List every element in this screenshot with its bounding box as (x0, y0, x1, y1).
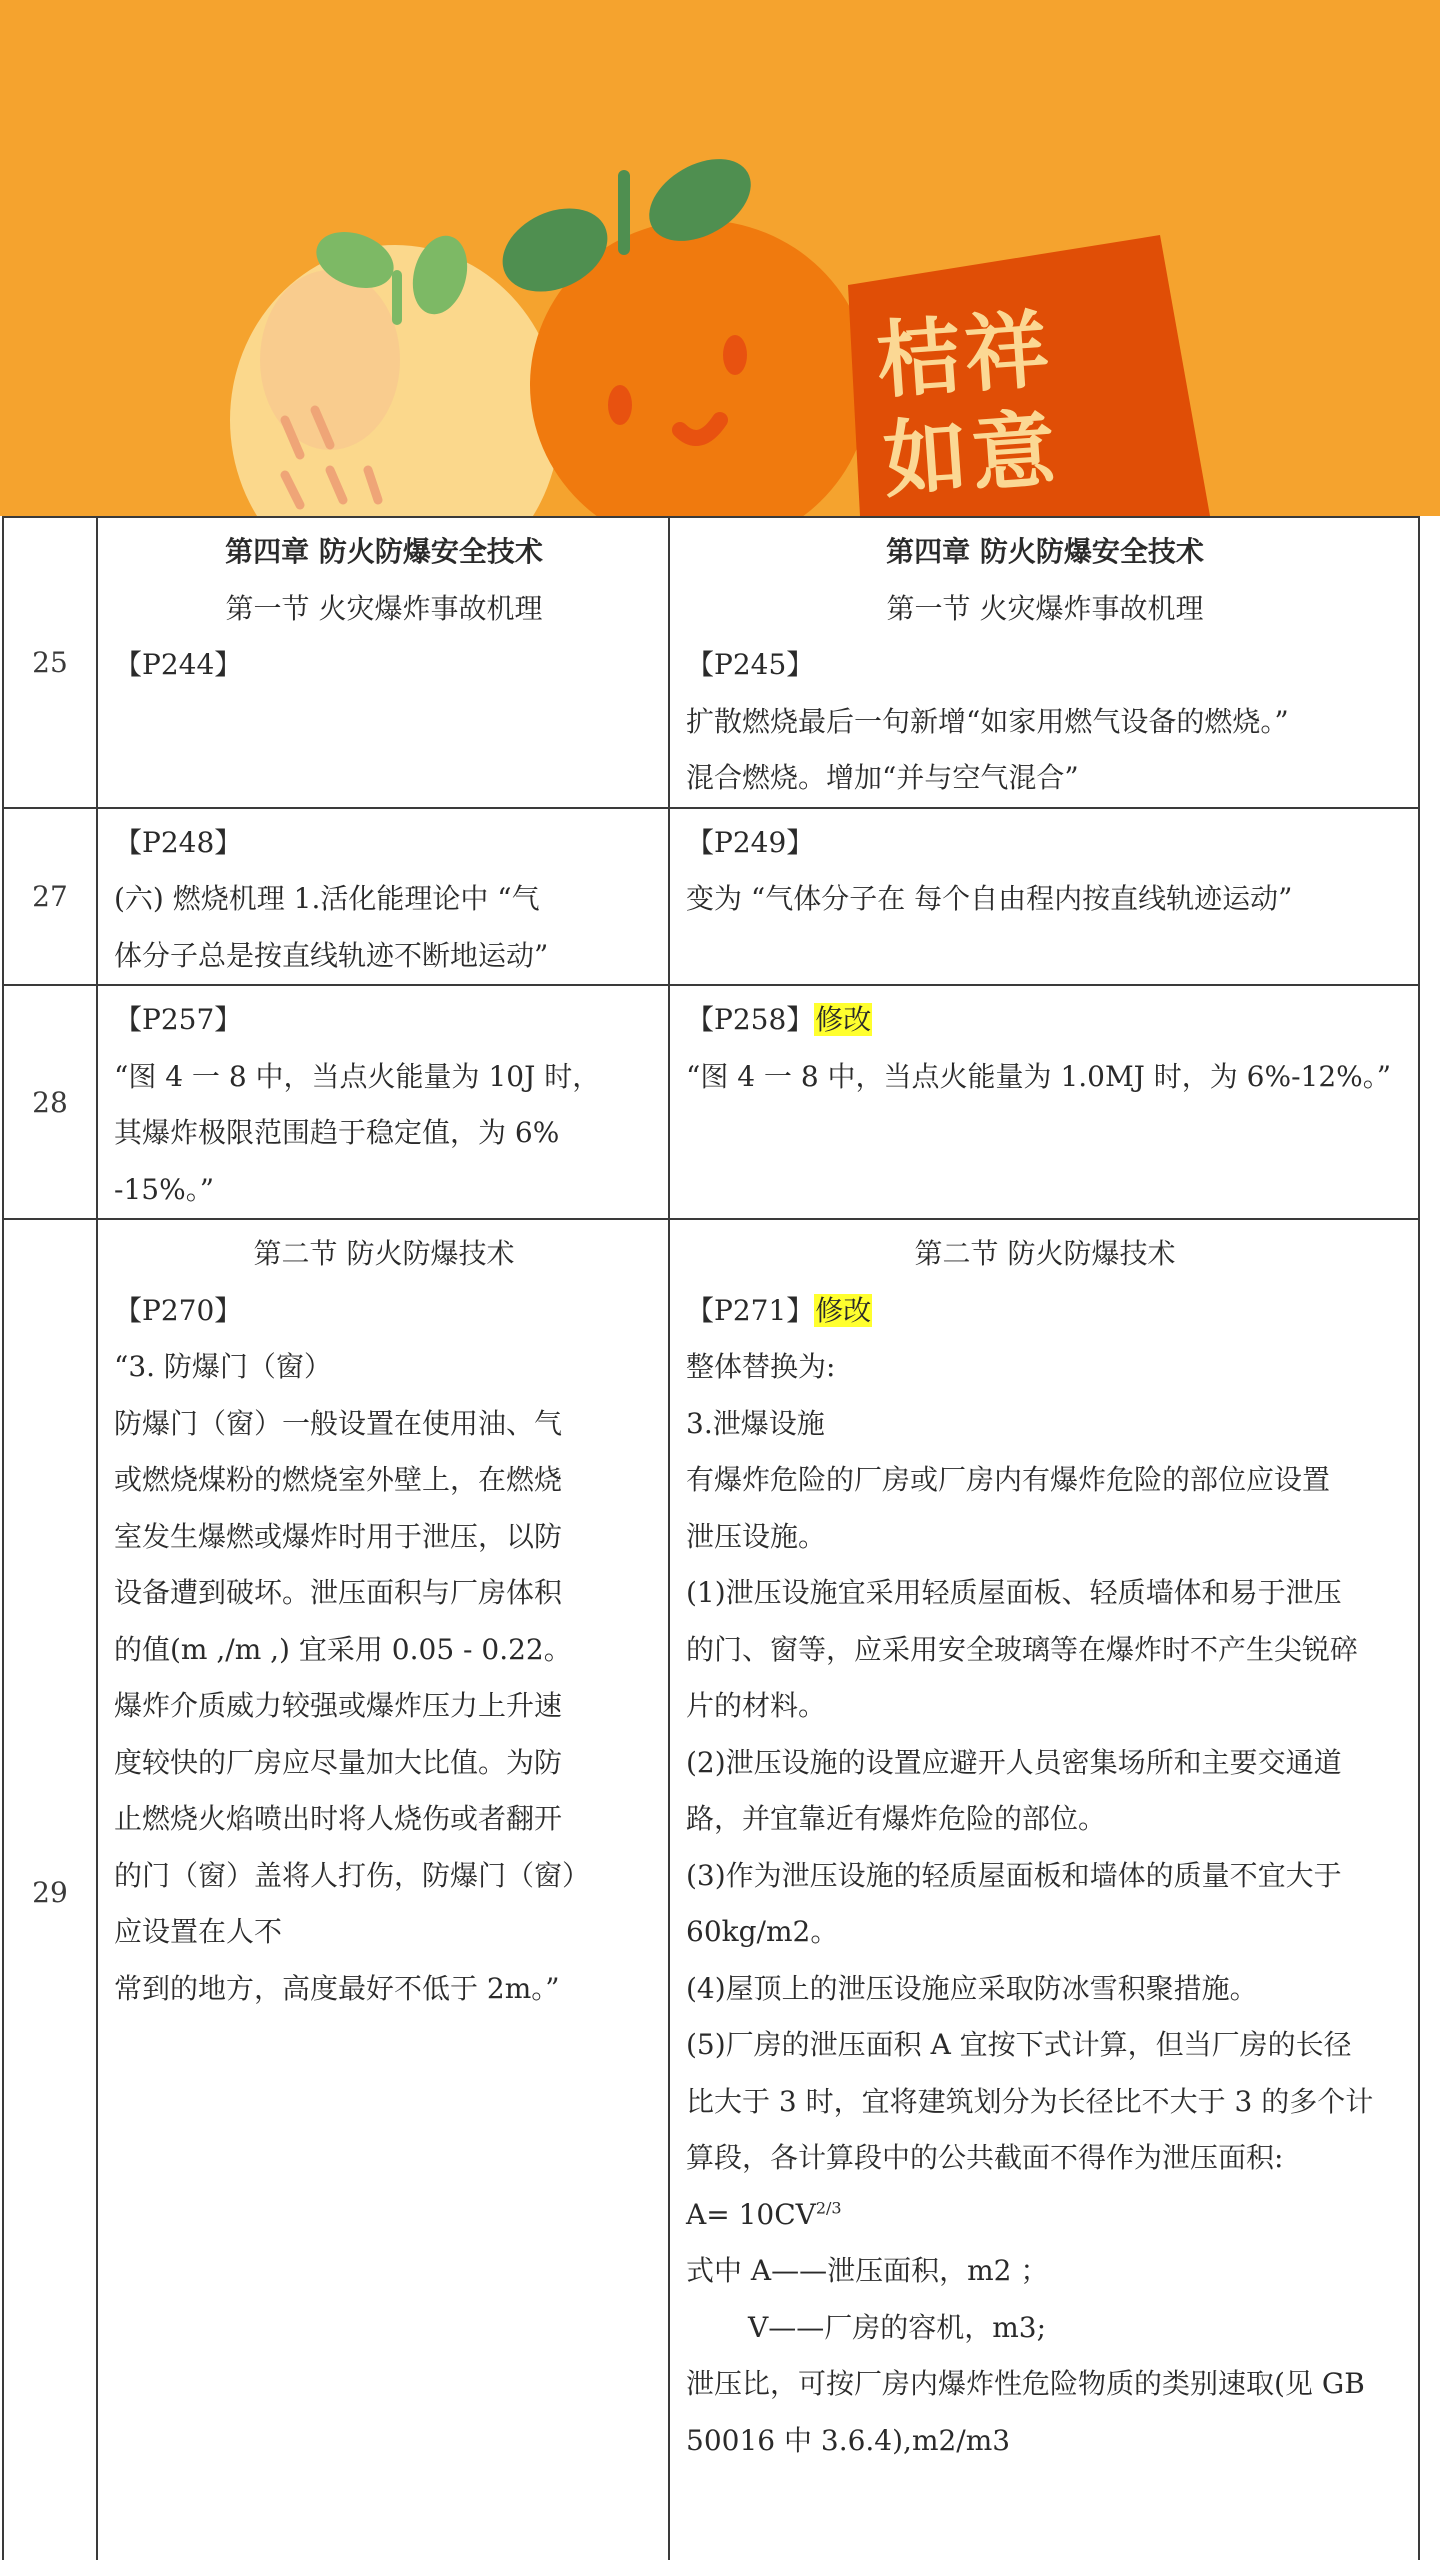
page-reference-line: 【P271】修改 (686, 1283, 1404, 1340)
section-title: 第二节 防火防爆技术 (114, 1226, 654, 1283)
text-line: 算段，各计算段中的公共截面不得作为泄压面积: (686, 2130, 1404, 2187)
text-line: 应设置在人不 (114, 1904, 654, 1961)
formula-line: A= 10CV2/3 (686, 2187, 1404, 2244)
comparison-table: 25 第四章 防火防爆安全技术 第一节 火灾爆炸事故机理 【P244】 第四章 … (2, 516, 1420, 2560)
text-line: 路，并宜靠近有爆炸危险的部位。 (686, 1791, 1404, 1848)
text-line: 常到的地方，高度最好不低于 2m。” (114, 1961, 654, 2018)
page-reference: 【P271】 (686, 1294, 814, 1327)
row-number: 28 (3, 985, 97, 1219)
text-line: V——厂房的容机，m3; (686, 2300, 1404, 2357)
text-line: 的门（窗）盖将人打伤，防爆门（窗） (114, 1848, 654, 1905)
text-line: 防爆门（窗）一般设置在使用油、气 (114, 1396, 654, 1453)
new-content-cell: 第二节 防火防爆技术 【P271】修改 整体替换为: 3.泄爆设施 有爆炸危险的… (669, 1219, 1419, 2560)
text-line: 设备遭到破坏。泄压面积与厂房体积 (114, 1565, 654, 1622)
text-line: (1)泄压设施宜采用轻质屋面板、轻质墙体和易于泄压 (686, 1565, 1404, 1622)
old-content-cell: 第二节 防火防爆技术 【P270】 “3. 防爆门（窗） 防爆门（窗）一般设置在… (97, 1219, 669, 2560)
text-line: 的门、窗等，应采用安全玻璃等在爆炸时不产生尖锐碎 (686, 1622, 1404, 1679)
text-line: 有爆炸危险的厂房或厂房内有爆炸危险的部位应设置 (686, 1452, 1404, 1509)
text-line: 扩散燃烧最后一句新增“如家用燃气设备的燃烧。” (686, 694, 1404, 751)
text-line: (2)泄压设施的设置应避开人员密集场所和主要交通道 (686, 1735, 1404, 1792)
page-reference: 【P248】 (114, 815, 654, 872)
formula-exponent: 2/3 (816, 2198, 842, 2217)
text-line: 室发生爆燃或爆炸时用于泄压，以防 (114, 1509, 654, 1566)
page-reference: 【P244】 (114, 637, 654, 694)
table-row: 29 第二节 防火防爆技术 【P270】 “3. 防爆门（窗） 防爆门（窗）一般… (3, 1219, 1419, 2560)
page-reference: 【P257】 (114, 992, 654, 1049)
text-line: “图 4 一 8 中，当点火能量为 10J 时， (114, 1049, 654, 1106)
table-row: 27 【P248】 (六) 燃烧机理 1.活化能理论中 “气 体分子总是按直线轨… (3, 808, 1419, 986)
new-content-cell: 第四章 防火防爆安全技术 第一节 火灾爆炸事故机理 【P245】 扩散燃烧最后一… (669, 517, 1419, 808)
text-line: (3)作为泄压设施的轻质屋面板和墙体的质量不宜大于 (686, 1848, 1404, 1905)
banner-card-text: 桔祥 如意 (873, 289, 1206, 511)
old-content-cell: 第四章 防火防爆安全技术 第一节 火灾爆炸事故机理 【P244】 (97, 517, 669, 808)
text-line: 的值(m ,/m ,) 宜采用 0.05 - 0.22。 (114, 1622, 654, 1679)
text-line: 50016 中 3.6.4),m2/m3 (686, 2413, 1404, 2470)
text-line: 体分子总是按直线轨迹不断地运动” (114, 928, 654, 985)
page-reference: 【P249】 (686, 815, 1404, 872)
row-number: 29 (3, 1219, 97, 2560)
page-reference: 【P245】 (686, 637, 1404, 694)
section-title: 第一节 火灾爆炸事故机理 (114, 581, 654, 638)
text-line: 式中 A——泄压面积，m2 ； (686, 2243, 1404, 2300)
text-line: (5)厂房的泄压面积 A 宜按下式计算，但当厂房的长径 (686, 2017, 1404, 2074)
formula: A= 10CV (686, 2198, 816, 2231)
chapter-title: 第四章 防火防爆安全技术 (686, 524, 1404, 581)
text-line: 整体替换为: (686, 1339, 1404, 1396)
text-line: 爆炸介质威力较强或爆炸压力上升速 (114, 1678, 654, 1735)
chapter-title: 第四章 防火防爆安全技术 (114, 524, 654, 581)
row-number: 27 (3, 808, 97, 986)
page-reference: 【P270】 (114, 1283, 654, 1340)
text-line: 其爆炸极限范围趋于稳定值，为 6% (114, 1105, 654, 1162)
text-line: 混合燃烧。增加“并与空气混合” (686, 750, 1404, 807)
modified-tag: 修改 (814, 1294, 872, 1327)
text-line: 片的材料。 (686, 1678, 1404, 1735)
page-reference-line: 【P258】修改 (686, 992, 1404, 1049)
text-line: (六) 燃烧机理 1.活化能理论中 “气 (114, 871, 654, 928)
text-line: 比大于 3 时，宜将建筑划分为长径比不大于 3 的多个计 (686, 2074, 1404, 2131)
text-line: 止燃烧火焰喷出时将人烧伤或者翻开 (114, 1791, 654, 1848)
row-number: 25 (3, 517, 97, 808)
text-line: -15%。” (114, 1162, 654, 1219)
old-content-cell: 【P257】 “图 4 一 8 中，当点火能量为 10J 时， 其爆炸极限范围趋… (97, 985, 669, 1219)
section-title: 第一节 火灾爆炸事故机理 (686, 581, 1404, 638)
text-line: “3. 防爆门（窗） (114, 1339, 654, 1396)
text-line: (4)屋顶上的泄压设施应采取防冰雪积聚措施。 (686, 1961, 1404, 2018)
banner-illustration: 桔祥 如意 (0, 0, 1440, 516)
old-content-cell: 【P248】 (六) 燃烧机理 1.活化能理论中 “气 体分子总是按直线轨迹不断… (97, 808, 669, 986)
table-row: 28 【P257】 “图 4 一 8 中，当点火能量为 10J 时， 其爆炸极限… (3, 985, 1419, 1219)
text-line: 泄压比，可按厂房内爆炸性危险物质的类别速取(见 GB (686, 2356, 1404, 2413)
text-line: 或燃烧煤粉的燃烧室外壁上，在燃烧 (114, 1452, 654, 1509)
mascot-illustration-icon (0, 0, 1440, 516)
new-content-cell: 【P249】 变为 “气体分子在 每个自由程内按直线轨迹运动” (669, 808, 1419, 986)
table-row: 25 第四章 防火防爆安全技术 第一节 火灾爆炸事故机理 【P244】 第四章 … (3, 517, 1419, 808)
text-line: 度较快的厂房应尽量加大比值。为防 (114, 1735, 654, 1792)
text-line: 泄压设施。 (686, 1509, 1404, 1566)
text-line: 变为 “气体分子在 每个自由程内按直线轨迹运动” (686, 871, 1404, 928)
text-line: 60kg/m2。 (686, 1904, 1404, 1961)
text-line: “图 4 一 8 中，当点火能量为 1.0MJ 时，为 6%-12%。” (686, 1049, 1404, 1106)
section-title: 第二节 防火防爆技术 (686, 1226, 1404, 1283)
text-line: 3.泄爆设施 (686, 1396, 1404, 1453)
new-content-cell: 【P258】修改 “图 4 一 8 中，当点火能量为 1.0MJ 时，为 6%-… (669, 985, 1419, 1219)
page-reference: 【P258】 (686, 1003, 814, 1036)
modified-tag: 修改 (814, 1003, 872, 1036)
